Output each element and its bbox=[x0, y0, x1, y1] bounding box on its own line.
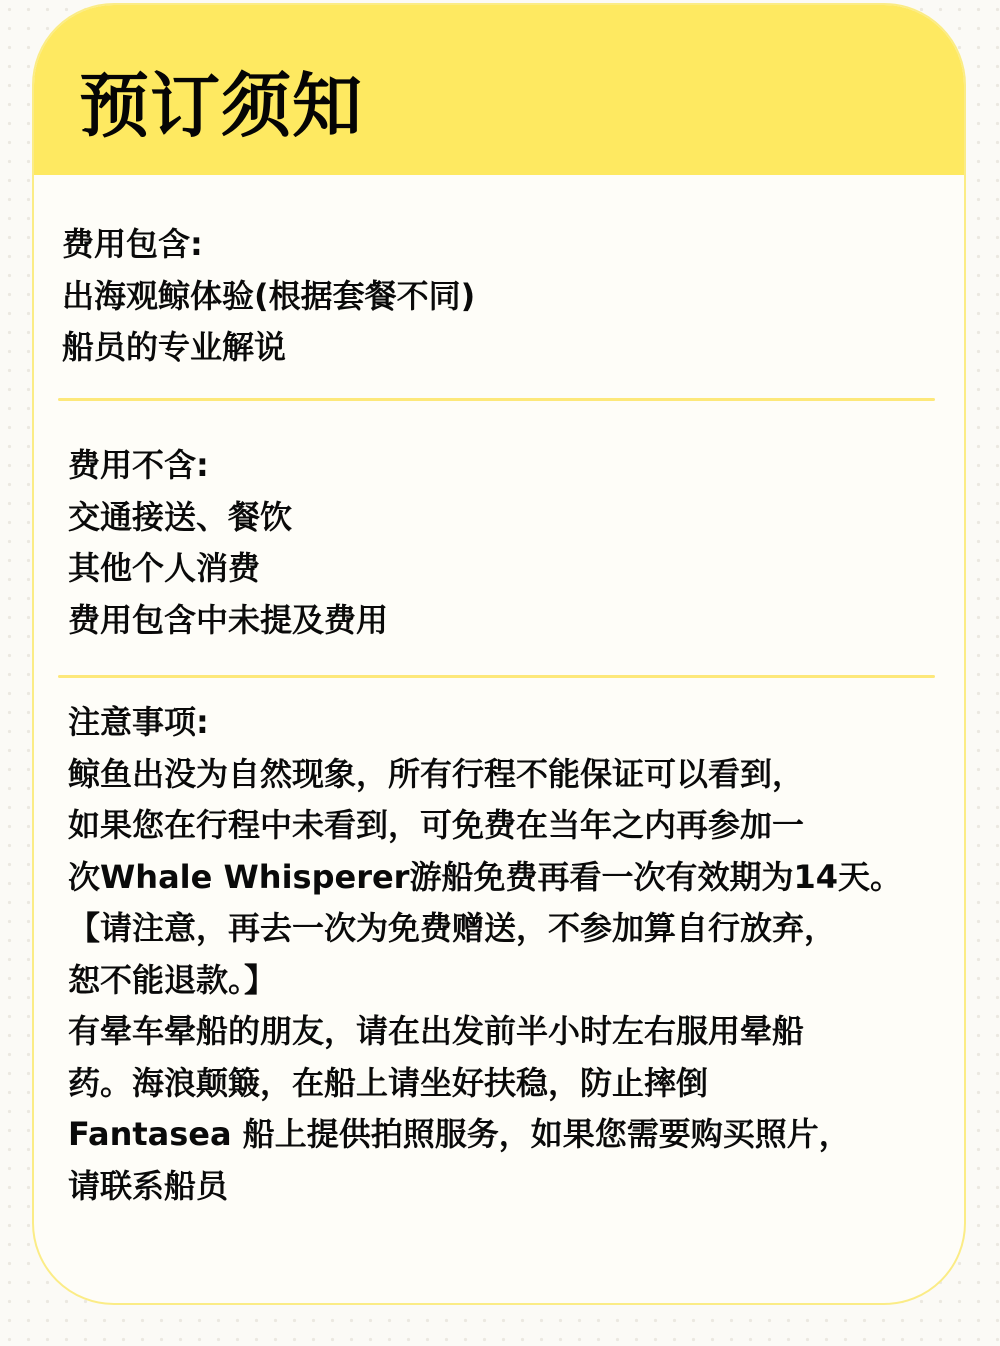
list-item: 交通接送、餐饮 bbox=[68, 492, 388, 544]
section-heading: 费用包含: bbox=[62, 219, 475, 271]
note-line: 请联系船员 bbox=[68, 1161, 902, 1213]
list-item: 其他个人消费 bbox=[68, 543, 388, 595]
section-heading: 费用不含: bbox=[68, 440, 388, 492]
section-fee-included: 费用包含: 出海观鲸体验(根据套餐不同) 船员的专业解说 bbox=[62, 219, 475, 374]
note-line: 有晕车晕船的朋友，请在出发前半小时左右服用晕船 bbox=[68, 1006, 902, 1058]
section-notes: 注意事项: 鲸鱼出没为自然现象，所有行程不能保证可以看到， 如果您在行程中未看到… bbox=[68, 697, 902, 1212]
note-line: 药。海浪颠簸，在船上请坐好扶稳，防止摔倒 bbox=[68, 1058, 902, 1110]
note-line: Fantasea 船上提供拍照服务，如果您需要购买照片， bbox=[68, 1109, 902, 1161]
page-title: 预订须知 bbox=[79, 61, 363, 151]
note-line: 恕不能退款。】 bbox=[68, 955, 902, 1007]
note-line: 次Whale Whisperer游船免费再看一次有效期为14天。 bbox=[68, 852, 902, 904]
list-item: 费用包含中未提及费用 bbox=[68, 595, 388, 647]
divider bbox=[58, 675, 935, 678]
list-item: 出海观鲸体验(根据套餐不同) bbox=[62, 271, 475, 323]
note-line: 【请注意，再去一次为免费赠送，不参加算自行放弃， bbox=[68, 903, 902, 955]
booking-notice-card: 预订须知 费用包含: 出海观鲸体验(根据套餐不同) 船员的专业解说 费用不含: … bbox=[32, 3, 966, 1305]
section-fee-excluded: 费用不含: 交通接送、餐饮 其他个人消费 费用包含中未提及费用 bbox=[68, 440, 388, 646]
divider bbox=[58, 398, 935, 401]
card-header: 预订须知 bbox=[34, 5, 964, 175]
note-line: 如果您在行程中未看到，可免费在当年之内再参加一 bbox=[68, 800, 902, 852]
section-heading: 注意事项: bbox=[68, 697, 902, 749]
list-item: 船员的专业解说 bbox=[62, 322, 475, 374]
note-line: 鲸鱼出没为自然现象，所有行程不能保证可以看到， bbox=[68, 749, 902, 801]
